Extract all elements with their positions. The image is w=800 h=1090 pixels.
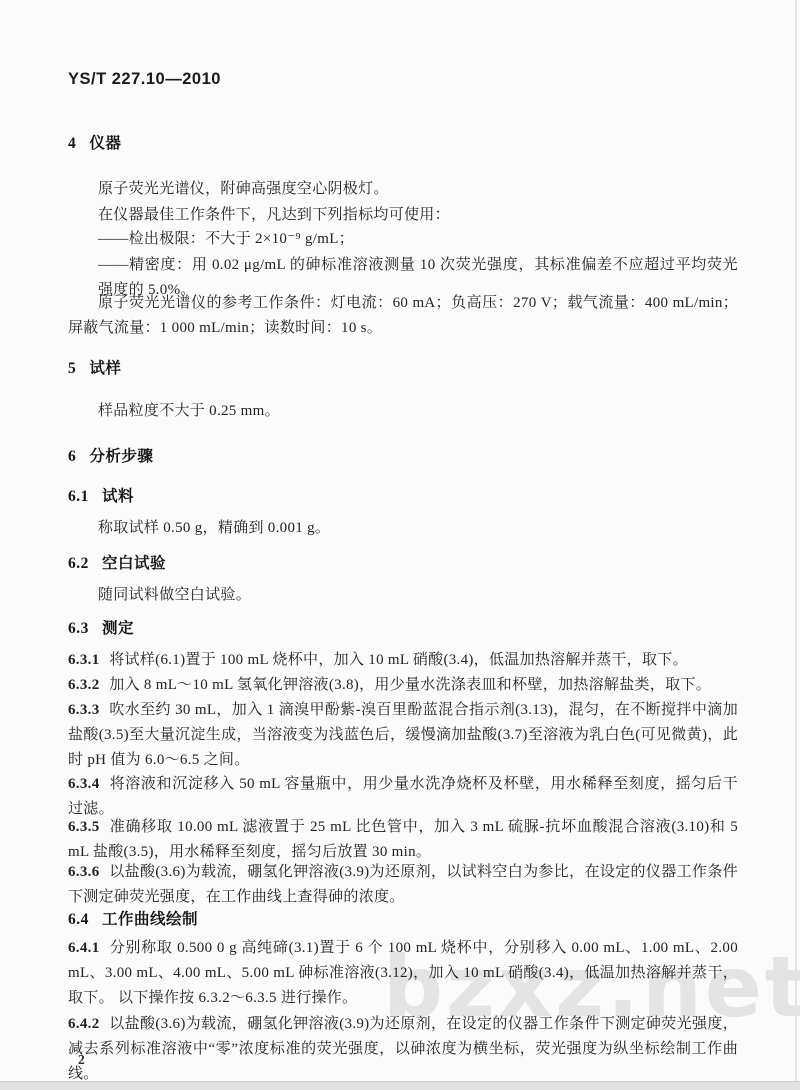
subsection-title: 试料: [102, 488, 134, 505]
paragraph: 原子荧光光谱仪，附砷高强度空心阴极灯。: [68, 177, 738, 202]
subsection-number: 6.1: [68, 488, 89, 505]
subsection-heading-6-2: 6.2空白试验: [68, 551, 738, 573]
clause-number: 6.3.5: [68, 819, 100, 835]
section-number: 6: [68, 448, 76, 465]
clause-6-4-1: 6.4.1分别称取 0.500 0 g 高纯碲(3.1)置于 6 个 100 m…: [68, 936, 738, 1011]
clause-text: 分别称取 0.500 0 g 高纯碲(3.1)置于 6 个 100 mL 烧杯中…: [68, 940, 738, 1006]
clause-text: 以盐酸(3.6)为载流，硼氢化钾溶液(3.9)为还原剂，在设定的仪器工作条件下测…: [68, 1016, 738, 1082]
section-heading-5: 5试样: [68, 356, 738, 378]
clause-number: 6.4.2: [68, 1016, 100, 1032]
subsection-heading-6-4: 6.4工作曲线绘制: [68, 907, 738, 929]
clause-number: 6.3.2: [68, 677, 100, 693]
paragraph: 称取试样 0.50 g，精确到 0.001 g。: [68, 516, 738, 541]
subsection-number: 6.3: [68, 620, 89, 637]
paragraph: 原子荧光光谱仪的参考工作条件：灯电流：60 mA；负高压：270 V；载气流量：…: [68, 291, 738, 341]
clause-6-3-6: 6.3.6以盐酸(3.6)为载流，硼氢化钾溶液(3.9)为还原剂，以试料空白为参…: [68, 860, 738, 910]
section-title: 仪器: [89, 135, 121, 152]
clause-text: 加入 8 mL～10 mL 氢氧化钾溶液(3.8)，用少量水洗涤表皿和杯壁，加热…: [109, 677, 711, 693]
clause-6-3-5: 6.3.5准确移取 10.00 mL 滤液置于 25 mL 比色管中，加入 3 …: [68, 815, 738, 865]
clause-6-3-2: 6.3.2加入 8 mL～10 mL 氢氧化钾溶液(3.8)，用少量水洗涤表皿和…: [68, 673, 738, 698]
scan-bottom-strip: [0, 1081, 800, 1090]
subsection-title: 空白试验: [102, 555, 166, 572]
section-heading-4: 4仪器: [68, 131, 738, 153]
subsection-number: 6.4: [68, 911, 89, 928]
clause-6-3-3: 6.3.3吹水至约 30 mL，加入 1 滴溴甲酚紫-溴百里酚蓝混合指示剂(3.…: [68, 698, 738, 773]
section-heading-6: 6分析步骤: [68, 444, 738, 466]
subsection-heading-6-3: 6.3测定: [68, 616, 738, 638]
section-title: 试样: [89, 360, 121, 377]
clause-number: 6.3.4: [68, 776, 100, 792]
paragraph: 在仪器最佳工作条件下，凡达到下列指标均可使用：: [68, 203, 738, 228]
paragraph: 随同试料做空白试验。: [68, 583, 738, 608]
clause-text: 准确移取 10.00 mL 滤液置于 25 mL 比色管中，加入 3 mL 硫脲…: [68, 819, 738, 860]
paragraph: 样品粒度不大于 0.25 mm。: [68, 399, 738, 424]
subsection-title: 工作曲线绘制: [102, 911, 198, 928]
clause-text: 以盐酸(3.6)为载流，硼氢化钾溶液(3.9)为还原剂，以试料空白为参比，在设定…: [68, 864, 738, 905]
section-title: 分析步骤: [89, 448, 153, 465]
clause-number: 6.3.3: [68, 702, 100, 718]
subsection-number: 6.2: [68, 555, 89, 572]
scan-edge-line: [795, 0, 797, 1090]
dash-list-item: ——检出极限：不大于 2×10⁻⁹ g/mL；: [68, 227, 738, 252]
clause-6-3-1: 6.3.1将试样(6.1)置于 100 mL 烧杯中，加入 10 mL 硝酸(3…: [68, 648, 738, 673]
page-number: 2: [78, 1052, 85, 1068]
standard-number-header: YS/T 227.10—2010: [68, 70, 738, 89]
clause-text: 将溶液和沉淀移入 50 mL 容量瓶中，用少量水洗净烧杯及杯壁，用水稀释至刻度，…: [68, 776, 738, 817]
clause-number: 6.3.6: [68, 864, 100, 880]
clause-number: 6.4.1: [68, 940, 100, 956]
clause-6-4-2: 6.4.2以盐酸(3.6)为载流，硼氢化钾溶液(3.9)为还原剂，在设定的仪器工…: [68, 1012, 738, 1087]
clause-text: 将试样(6.1)置于 100 mL 烧杯中，加入 10 mL 硝酸(3.4)，低…: [109, 652, 688, 668]
subsection-title: 测定: [102, 620, 134, 637]
clause-number: 6.3.1: [68, 652, 100, 668]
section-number: 4: [68, 135, 76, 152]
clause-text: 吹水至约 30 mL，加入 1 滴溴甲酚紫-溴百里酚蓝混合指示剂(3.13)，混…: [68, 702, 738, 768]
subsection-heading-6-1: 6.1试料: [68, 484, 738, 506]
section-number: 5: [68, 360, 76, 377]
scanned-standard-page: bzxz.net YS/T 227.10—2010 4仪器 原子荧光光谱仪，附砷…: [0, 0, 800, 1090]
